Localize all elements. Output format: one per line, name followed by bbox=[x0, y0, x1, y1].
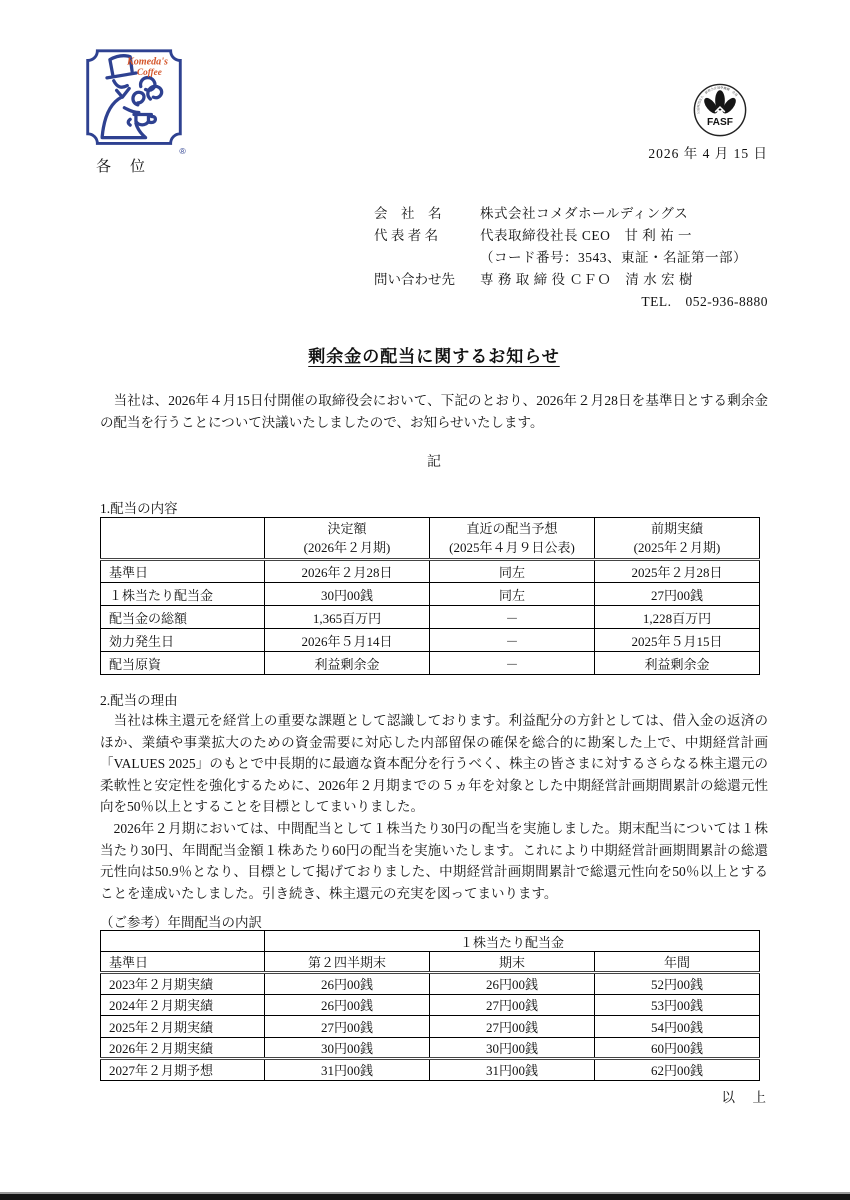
fasf-seal: 公益財団法人 財務会計基準機構 会員 FASF bbox=[691, 80, 749, 147]
table-row: 効力発生日 2026年５月14日 － 2025年５月15日 bbox=[101, 629, 760, 652]
table2-header-empty bbox=[101, 931, 265, 952]
brand-text-line2: Coffee bbox=[137, 67, 162, 77]
registered-trademark-icon: ® bbox=[179, 146, 186, 156]
seal-label: FASF bbox=[707, 117, 733, 128]
stock-code-value: （コード番号：3543、東証・名証第一部） bbox=[480, 247, 768, 269]
salutation: 各 位 bbox=[96, 155, 147, 176]
table2-group-header-row: １株当たり配当金 bbox=[101, 931, 760, 952]
stock-code-row: （コード番号：3543、東証・名証第一部） bbox=[374, 247, 768, 269]
representative-label: 代 表 者 名 bbox=[374, 225, 480, 247]
reason-paragraph-2: 2026年２月期においては、中間配当として１株当たり30円の配当を実施しました。… bbox=[100, 818, 768, 904]
representative-value: 代表取締役社長 CEO 甘 利 祐 一 bbox=[480, 225, 768, 247]
company-name-row: 会 社 名 株式会社コメダホールディングス bbox=[374, 203, 768, 225]
table-row: 配当金の総額 1,365百万円 － 1,228百万円 bbox=[101, 606, 760, 629]
table1-header-previous: 前期実績 (2025年２月期) bbox=[595, 518, 760, 560]
annual-dividend-table: １株当たり配当金 基準日 第２四半期末 期末 年間 2023年２月期実績 26円… bbox=[100, 930, 760, 1081]
fasf-seal-icon: 公益財団法人 財務会計基準機構 会員 FASF bbox=[691, 80, 749, 142]
record-mark: 記 bbox=[100, 451, 768, 471]
intro-paragraph: 当社は、2026年４月15日付開催の取締役会において、下記のとおり、2026年２… bbox=[100, 390, 768, 433]
page-title: 剰余金の配当に関するお知らせ bbox=[100, 342, 768, 367]
table-row: 基準日 2026年２月28日 同左 2025年２月28日 bbox=[101, 560, 760, 583]
table-row: 2025年２月期実績 27円00銭 27円00銭 54円00銭 bbox=[101, 1016, 760, 1038]
table2-header-annual: 年間 bbox=[595, 952, 760, 973]
company-info: 会 社 名 株式会社コメダホールディングス 代 表 者 名 代表取締役社長 CE… bbox=[374, 203, 768, 313]
table-row: １株当たり配当金 30円00銭 同左 27円00銭 bbox=[101, 583, 760, 606]
representative-row: 代 表 者 名 代表取締役社長 CEO 甘 利 祐 一 bbox=[374, 225, 768, 247]
telephone: TEL. 052-936-8880 bbox=[374, 291, 768, 313]
company-name-label: 会 社 名 bbox=[374, 203, 480, 225]
contact-row: 問い合わせ先 専 務 取 締 役 ＣＦＯ 清 水 宏 樹 bbox=[374, 269, 768, 291]
komeda-logo: Komeda's Coffee ® bbox=[80, 44, 188, 163]
table-row: 2024年２月期実績 26円00銭 27円00銭 53円00銭 bbox=[101, 994, 760, 1016]
closing-mark: 以 上 bbox=[722, 1086, 769, 1106]
section2-heading: 2.配当の理由 bbox=[100, 689, 178, 709]
document-date: 2026 年 4 月 15 日 bbox=[648, 142, 768, 162]
section2-body: 当社は株主還元を経営上の重要な課題として認識しております。利益配分の方針としては… bbox=[100, 710, 768, 904]
komeda-logo-graphic: Komeda's Coffee ® bbox=[80, 44, 188, 158]
table-row-forecast: 2027年２月期予想 31円00銭 31円00銭 62円00銭 bbox=[101, 1059, 760, 1081]
table2-header-q2: 第２四半期末 bbox=[265, 952, 430, 973]
reference-heading: （ご参考）年間配当の内訳 bbox=[100, 911, 262, 931]
section1-heading: 1.配当の内容 bbox=[100, 497, 178, 517]
contact-label: 問い合わせ先 bbox=[374, 269, 480, 291]
contact-value: 専 務 取 締 役 ＣＦＯ 清 水 宏 樹 bbox=[480, 269, 768, 291]
table1-header-decided: 決定額 (2026年２月期) bbox=[265, 518, 430, 560]
table2-group-header: １株当たり配当金 bbox=[265, 931, 760, 952]
table1-header-forecast: 直近の配当予想 (2025年４月９日公表) bbox=[430, 518, 595, 560]
table2-column-header-row: 基準日 第２四半期末 期末 年間 bbox=[101, 952, 760, 973]
reason-paragraph-1: 当社は株主還元を経営上の重要な課題として認識しております。利益配分の方針としては… bbox=[100, 710, 768, 818]
bottom-strip bbox=[0, 1192, 850, 1200]
table1-header-empty bbox=[101, 518, 265, 560]
table2-header-year-end: 期末 bbox=[430, 952, 595, 973]
table2-header-record-date: 基準日 bbox=[101, 952, 265, 973]
table1-header-row: 決定額 (2026年２月期) 直近の配当予想 (2025年４月９日公表) 前期実… bbox=[101, 518, 760, 560]
company-name-value: 株式会社コメダホールディングス bbox=[480, 203, 768, 225]
table-row: 2026年２月期実績 30円00銭 30円00銭 60円00銭 bbox=[101, 1037, 760, 1059]
dividend-details-table: 決定額 (2026年２月期) 直近の配当予想 (2025年４月９日公表) 前期実… bbox=[100, 517, 760, 675]
table-row: 配当原資 利益剰余金 － 利益剰余金 bbox=[101, 652, 760, 675]
press-release-page: { "page": { "date": "2026 年 4 月 15 日", "… bbox=[0, 0, 850, 1200]
brand-text-line1: Komeda's bbox=[126, 56, 168, 67]
table-row: 2023年２月期実績 26円00銭 26円00銭 52円00銭 bbox=[101, 973, 760, 995]
